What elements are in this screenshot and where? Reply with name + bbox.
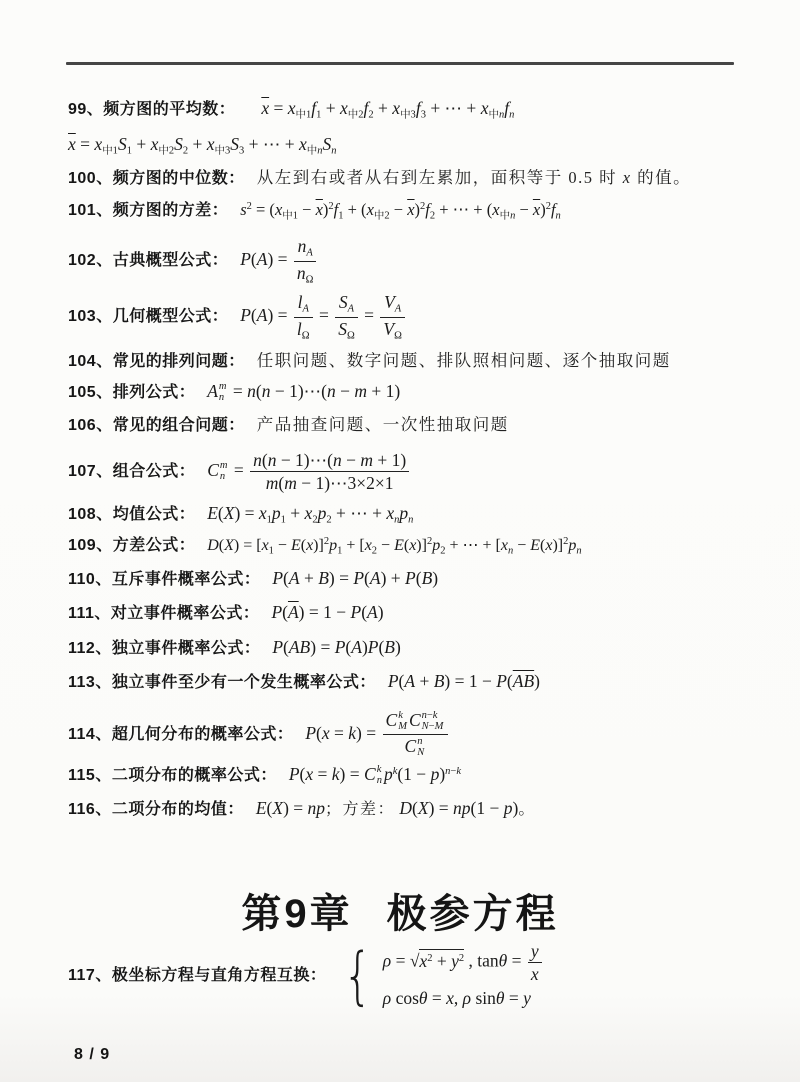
item-label: 107、组合公式：	[68, 463, 195, 480]
item-label: 113、独立事件至少有一个发生概率公式：	[68, 674, 376, 691]
item-label: 101、频方图的方差：	[68, 202, 228, 219]
chapter-number: 第9章	[241, 892, 352, 936]
formula-item-99-continued: x = x中1S1 + x中2S2 + x中3S3 + ⋯ + x中nSn	[68, 133, 776, 159]
item-formula: P(AB) = P(A)P(B)	[272, 637, 401, 657]
formula-item-114: 114、超几何分布的概率公式：P(x = k) = CkMCn−kN−MCnN	[68, 710, 776, 759]
formula-item-109: 109、方差公式：D(X) = [x1 − E(x)]2p1 + [x2 − E…	[68, 535, 776, 559]
formula-item-117: 117、极坐标方程与直角方程互换：{ρ = √x2 + y2 , tanθ = …	[68, 938, 776, 1014]
formula-item-104: 104、常见的排列问题：任职问题、数字问题、排队照相问题、逐个抽取问题	[68, 350, 776, 373]
item-label: 111、对立事件概率公式：	[68, 605, 259, 622]
item-formula: Amn = n(n − 1)⋯(n − m + 1)	[207, 381, 400, 401]
formula-item-99: 99、频方图的平均数：x = x中1f1 + x中2f2 + x中3f3 + ⋯…	[68, 97, 776, 123]
item-label: 117、极坐标方程与直角方程互换：	[68, 965, 326, 987]
formula-item-108: 108、均值公式：E(X) = x1p1 + x2p2 + ⋯ + xnpn	[68, 502, 776, 528]
formula-item-105: 105、排列公式：Amn = n(n − 1)⋯(n − m + 1)	[68, 380, 776, 404]
formula-item-116: 116、二项分布的均值：E(X) = np；方差： D(X) = np(1 − …	[68, 797, 776, 821]
formula-item-101: 101、频方图的方差：s2 = (x中1 − x)2f1 + (x中2 − x)…	[68, 199, 776, 224]
formula-item-102: 102、古典概型公式：P(A) = nAnΩ	[68, 236, 776, 286]
document-page: 99、频方图的平均数：x = x中1f1 + x中2f2 + x中3f3 + ⋯…	[0, 0, 800, 1082]
item-description: 从左到右或者从右到左累加，面积等于 0.5 时 x 的值。	[257, 168, 691, 187]
item-formula: P(A + B) = P(A) + P(B)	[272, 568, 438, 588]
item-label: 108、均值公式：	[68, 506, 195, 523]
item-formula: E(X) = x1p1 + x2p2 + ⋯ + xnpn	[207, 503, 413, 523]
item-description: 任职问题、数字问题、排队照相问题、逐个抽取问题	[257, 351, 671, 370]
item-formula: P(A + B) = 1 − P(AB)	[388, 671, 540, 691]
formula-item-107: 107、组合公式：Cmn = n(n − 1)⋯(n − m + 1)m(m −…	[68, 450, 776, 493]
item-label: 109、方差公式：	[68, 537, 195, 554]
chapter-heading: 第9章极参方程	[0, 882, 800, 939]
item-label: 116、二项分布的均值：	[68, 801, 244, 818]
formula-item-113: 113、独立事件至少有一个发生概率公式：P(A + B) = 1 − P(AB)	[68, 670, 776, 694]
item-formula: s2 = (x中1 − x)2f1 + (x中2 − x)2f2 + ⋯ + (…	[240, 200, 561, 219]
item-label: 106、常见的组合问题：	[68, 417, 245, 434]
item-formula: P(A) = lAlΩ = SASΩ = VAVΩ	[240, 305, 407, 325]
item-formula: Cmn = n(n − 1)⋯(n − m + 1)m(m − 1)⋯3×2×1	[207, 460, 411, 480]
item-label: 102、古典概型公式：	[68, 252, 228, 269]
item-formula: P(x = k) = Cknpk(1 − p)n−k	[289, 764, 461, 784]
item-formula: P(x = k) = CkMCn−kN−MCnN	[305, 723, 450, 743]
formula-item-111: 111、对立事件概率公式：P(A) = 1 − P(A)	[68, 601, 776, 625]
item-label: 104、常见的排列问题：	[68, 353, 245, 370]
formula-item-110: 110、互斥事件概率公式：P(A + B) = P(A) + P(B)	[68, 567, 776, 591]
item-label: 105、排列公式：	[68, 384, 195, 401]
item-label: 100、频方图的中位数：	[68, 170, 245, 187]
formula-item-106: 106、常见的组合问题：产品抽查问题、一次性抽取问题	[68, 414, 776, 437]
item-formula: P(A) = 1 − P(A)	[271, 602, 383, 622]
item-label: 114、超几何分布的概率公式：	[68, 726, 293, 743]
item-label: 103、几何概型公式：	[68, 308, 228, 325]
header-divider	[66, 62, 734, 65]
item-label: 112、独立事件概率公式：	[68, 640, 260, 657]
formula-item-115: 115、二项分布的概率公式：P(x = k) = Cknpk(1 − p)n−k	[68, 763, 776, 787]
formula-item-100: 100、频方图的中位数：从左到右或者从右到左累加，面积等于 0.5 时 x 的值…	[68, 167, 776, 190]
item-formula: {ρ = √x2 + y2 , tanθ = yxρ cosθ = x, ρ s…	[338, 938, 543, 1014]
item-label: 110、互斥事件概率公式：	[68, 571, 260, 588]
formula-item-103: 103、几何概型公式：P(A) = lAlΩ = SASΩ = VAVΩ	[68, 292, 776, 342]
item-formula: E(X) = np；方差： D(X) = np(1 − p)。	[256, 798, 536, 818]
formula-item-112: 112、独立事件概率公式：P(AB) = P(A)P(B)	[68, 636, 776, 660]
item-formula: x = x中1S1 + x中2S2 + x中3S3 + ⋯ + x中nSn	[68, 134, 337, 154]
item-label: 99、频方图的平均数：	[68, 101, 235, 118]
page-number: 8 / 9	[74, 1046, 110, 1064]
item-formula: x = x中1f1 + x中2f2 + x中3f3 + ⋯ + x中nfn	[261, 98, 514, 118]
item-formula: P(A) = nAnΩ	[240, 249, 318, 269]
chapter-name: 极参方程	[387, 892, 559, 936]
item-label: 115、二项分布的概率公式：	[68, 767, 277, 784]
item-formula: D(X) = [x1 − E(x)]2p1 + [x2 − E(x)]2p2 +…	[207, 537, 581, 554]
item-description: 产品抽查问题、一次性抽取问题	[257, 415, 509, 434]
